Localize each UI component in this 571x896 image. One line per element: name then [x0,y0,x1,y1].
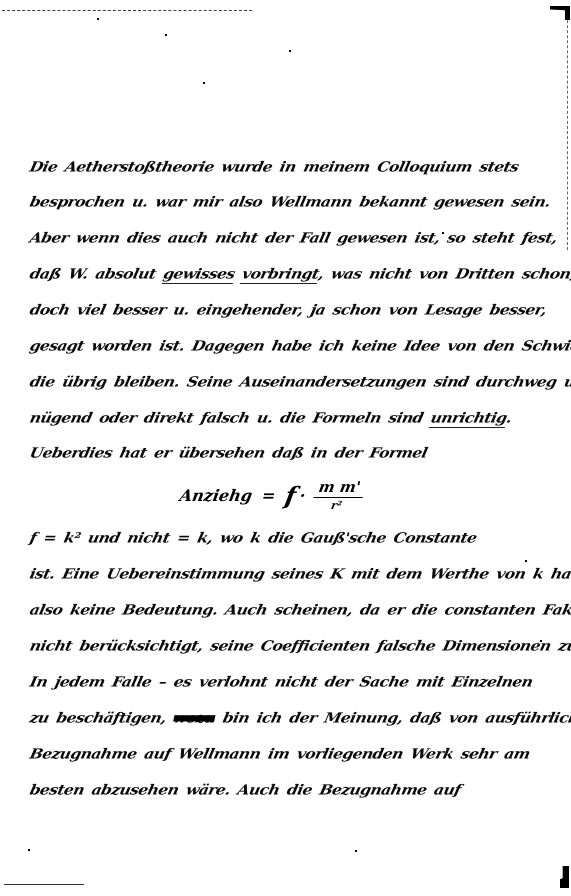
formula-coefficient: f [283,481,298,510]
formula-fraction: m m' r² [311,478,367,512]
scan-speck [28,849,30,851]
scan-edge-top [2,10,252,11]
text-line: Ueberdies hat er übersehen daß in der Fo… [28,444,429,461]
underlined-word: unrichtig [429,409,509,428]
text-line: gesagt worden ist. Dagegen habe ich kein… [28,337,571,354]
text-line: besprochen u. war mir also Wellmann beka… [28,193,552,210]
scan-speck [289,50,291,52]
text-line: die übrig bleiben. Seine Auseinandersetz… [28,373,571,390]
scan-corner-bottom-right [560,866,569,888]
scan-edge-right [567,10,568,250]
scan-speck [355,850,357,852]
text-line: f = k² und nicht = k, wo k die Gauß'sche… [28,529,478,546]
scan-edge-bottom [4,884,84,885]
text-line: Die Aetherstoßtheorie wurde in meinem Co… [28,158,520,175]
scan-speck [525,560,527,562]
text-line: In jedem Falle – es verlohnt nicht der S… [28,673,534,690]
text-line: zu beschäftigen, wozu bin ich der Meinun… [28,709,571,726]
scan-speck [203,82,205,84]
formula-lhs: Anziehg [178,486,254,505]
formula-equals: = [261,486,278,505]
text-line: besten abzusehen wäre. Auch die Bezugnah… [28,781,462,798]
text-line: ist. Eine Uebereinstimmung seines K mit … [28,565,571,582]
text-line: daß W. absolut gewisses vorbringt, was n… [28,265,571,282]
scan-speck [165,34,167,36]
text-line: doch viel besser u. eingehender, ja scho… [28,301,548,318]
underlined-word: vorbringt [240,265,320,284]
manuscript-page: Die Aetherstoßtheorie wurde in meinem Co… [0,0,571,896]
formula-dot: · [298,486,307,505]
scan-speck [97,18,99,20]
underlined-word: gewisses [161,265,236,284]
gravitation-formula: Anziehg = f · m m' r² [176,470,368,520]
text-line: Bezugnahme auf Wellmann im vorliegenden … [28,745,531,762]
text-line: also keine Bedeutung. Auch scheinen, da … [28,601,571,618]
formula-denominator: r² [330,498,343,512]
scan-corner-top-right [550,6,570,20]
text-line: Aber wenn dies auch nicht der Fall gewes… [28,229,559,246]
text-line: nügend oder direkt falsch u. die Formeln… [28,409,513,426]
formula-numerator: m m' [313,478,366,498]
text-line: nicht berücksichtigt, seine Coefficiente… [28,637,571,654]
struck-out-word: wozu [172,709,217,726]
